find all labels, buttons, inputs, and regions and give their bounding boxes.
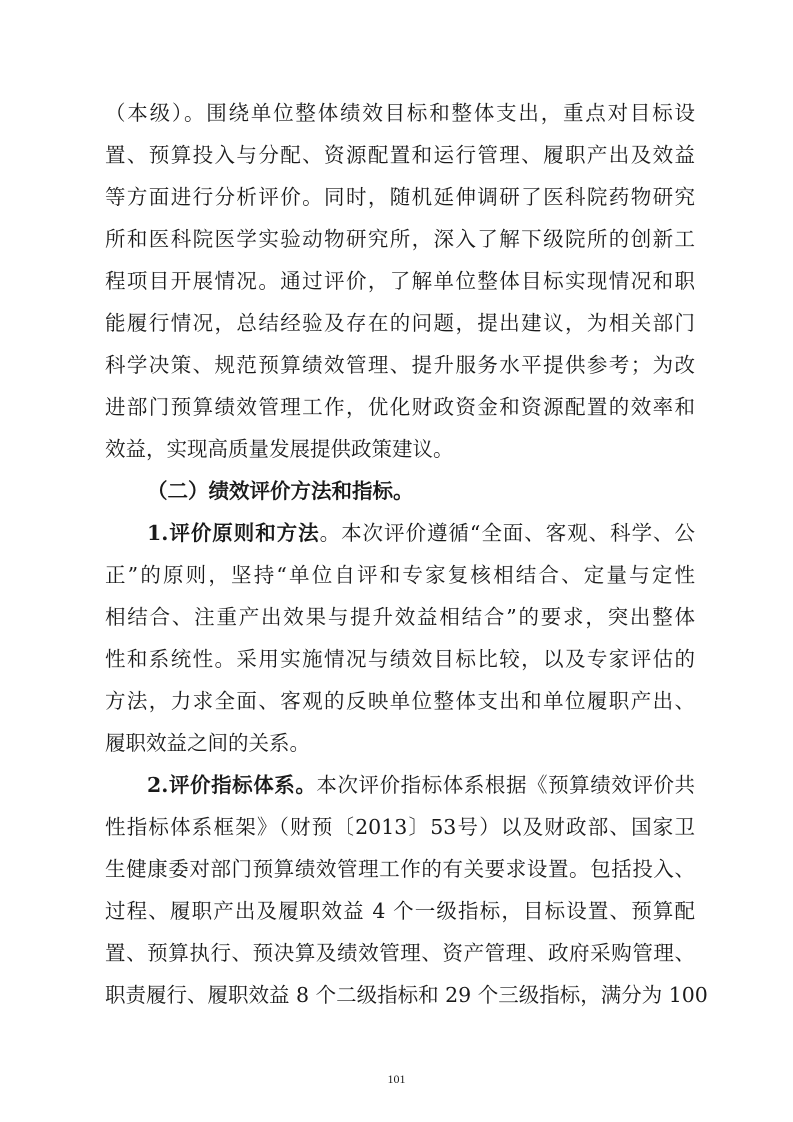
text-line: 过程、履职产出及履职效益 4 个一级指标，目标设置、预算配 — [105, 890, 695, 932]
paragraph-indicator-system: 2.评价指标体系。本次评价指标体系根据《预算绩效评价共 性指标体系框架》（财预〔… — [105, 764, 695, 1016]
text-line: 方法，力求全面、客观的反映单位整体支出和单位履职产出、 — [105, 680, 695, 722]
text-line: 程项目开展情况。通过评价，了解单位整体目标实现情况和职 — [105, 260, 695, 302]
page-number: 101 — [0, 1072, 793, 1087]
text-line-first: 1.评价原则和方法。本次评价遵循“全面、客观、科学、公 — [105, 512, 695, 554]
text-line: 等方面进行分析评价。同时，随机延伸调研了医科院药物研究 — [105, 176, 695, 218]
text-line: 性指标体系框架》（财预〔2013〕53号）以及财政部、国家卫 — [105, 806, 695, 848]
text-line: 效益，实现高质量发展提供政策建议。 — [105, 428, 695, 470]
text-line: 职责履行、履职效益 8 个二级指标和 29 个三级指标，满分为 100 — [105, 974, 695, 1016]
text-line: 履职效益之间的关系。 — [105, 722, 695, 764]
text-line: 进部门预算绩效管理工作，优化财政资金和资源配置的效率和 — [105, 386, 695, 428]
text-line: 科学决策、规范预算绩效管理、提升服务水平提供参考；为改 — [105, 344, 695, 386]
subheading-indicator-system: 2.评价指标体系。 — [147, 773, 316, 797]
text-line: 所和医科院医学实验动物研究所，深入了解下级院所的创新工 — [105, 218, 695, 260]
text-run: 本次评价指标体系根据《预算绩效评价共 — [316, 773, 695, 797]
text-line: （本级）。围绕单位整体绩效目标和整体支出，重点对目标设 — [105, 92, 695, 134]
text-line: 生健康委对部门预算绩效管理工作的有关要求设置。包括投入、 — [105, 848, 695, 890]
text-line: 正”的原则，坚持“单位自评和专家复核相结合、定量与定性 — [105, 554, 695, 596]
text-line: 能履行情况，总结经验及存在的问题，提出建议，为相关部门 — [105, 302, 695, 344]
paragraph-evaluation-principles: 1.评价原则和方法。本次评价遵循“全面、客观、科学、公 正”的原则，坚持“单位自… — [105, 512, 695, 764]
text-run: 。本次评价遵循“全面、客观、科学、公 — [320, 521, 695, 545]
text-line: 置、预算执行、预决算及绩效管理、资产管理、政府采购管理、 — [105, 932, 695, 974]
document-page: （本级）。围绕单位整体绩效目标和整体支出，重点对目标设 置、预算投入与分配、资源… — [105, 92, 695, 1016]
subheading-evaluation-principles: 1.评价原则和方法 — [147, 521, 320, 545]
text-line: 置、预算投入与分配、资源配置和运行管理、履职产出及效益 — [105, 134, 695, 176]
section-heading: （二）绩效评价方法和指标。 — [105, 470, 695, 512]
text-line: 性和系统性。采用实施情况与绩效目标比较，以及专家评估的 — [105, 638, 695, 680]
text-line: 相结合、注重产出效果与提升效益相结合”的要求，突出整体 — [105, 596, 695, 638]
paragraph-scope: （本级）。围绕单位整体绩效目标和整体支出，重点对目标设 置、预算投入与分配、资源… — [105, 92, 695, 470]
text-line-first: 2.评价指标体系。本次评价指标体系根据《预算绩效评价共 — [105, 764, 695, 806]
